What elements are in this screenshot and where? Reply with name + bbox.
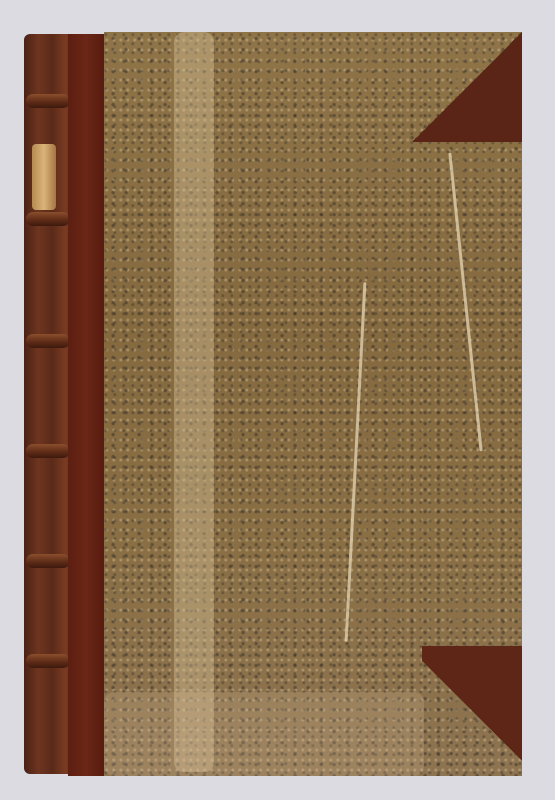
leather-spine bbox=[24, 34, 104, 774]
crack-line bbox=[345, 282, 367, 642]
spine-raised-band bbox=[26, 94, 70, 108]
marbled-cover-board bbox=[104, 32, 522, 776]
spine-label bbox=[32, 144, 56, 210]
crack-line bbox=[448, 153, 482, 452]
leather-corner-top-right bbox=[412, 32, 522, 142]
spine-raised-band bbox=[26, 212, 70, 226]
worn-area bbox=[104, 692, 424, 776]
worn-strip bbox=[174, 32, 214, 772]
spine-raised-band bbox=[26, 654, 70, 668]
book bbox=[24, 32, 522, 776]
spine-raised-band bbox=[26, 444, 70, 458]
leather-hinge-strip bbox=[68, 34, 104, 776]
spine-raised-band bbox=[26, 334, 70, 348]
leather-corner-bottom-right bbox=[422, 646, 522, 776]
spine-raised-band bbox=[26, 554, 70, 568]
